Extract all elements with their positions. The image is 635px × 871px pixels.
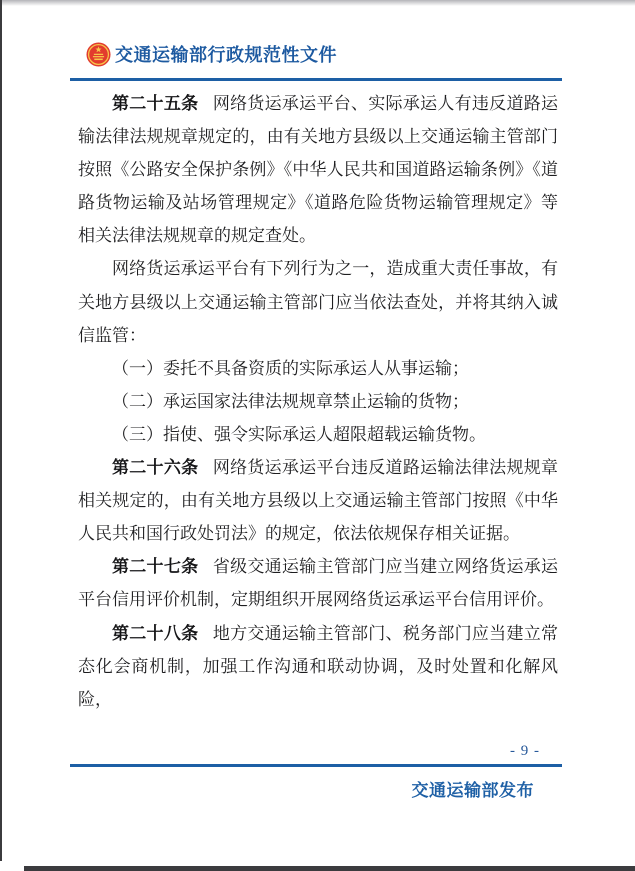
- list-item-3: （三）指使、强令实际承运人超限超载运输货物。: [78, 418, 558, 451]
- paragraph-text: 网络货运承运平台有下列行为之一，造成重大责任事故，有关地方县级以上交通运输主管部…: [78, 259, 558, 344]
- publisher-label: 交通运输部发布: [412, 780, 535, 801]
- article-number: 第二十七条: [112, 557, 198, 576]
- china-national-emblem-icon: [86, 42, 111, 67]
- paragraph-text: （三）指使、强令实际承运人超限超载运输货物。: [112, 425, 486, 444]
- list-item-2: （二）承运国家法律法规规章禁止运输的货物；: [78, 385, 558, 418]
- paragraph-text: （二）承运国家法律法规规章禁止运输的货物；: [112, 392, 469, 411]
- page-left-edge: [0, 0, 2, 861]
- paragraph-article-26: 第二十六条网络货运承运平台违反道路运输法律法规规章相关规定的，由有关地方县级以上…: [78, 451, 558, 550]
- footer-rule: [70, 764, 562, 767]
- list-item-1: （一）委托不具备资质的实际承运人从事运输；: [78, 352, 558, 385]
- article-number: 第二十五条: [112, 94, 198, 113]
- document-page: 交通运输部行政规范性文件 第二十五条网络货运承运平台、实际承运人有违反道路运输法…: [0, 0, 635, 871]
- paragraph-article-25-clause: 网络货运承运平台有下列行为之一，造成重大责任事故，有关地方县级以上交通运输主管部…: [78, 252, 558, 351]
- paragraph-text: 网络货运承运平台、实际承运人有违反道路运输法律法规规章规定的，由有关地方县级以上…: [78, 94, 558, 245]
- page-number: - 9 -: [488, 741, 562, 761]
- paragraph-article-28: 第二十八条地方交通运输主管部门、税务部门应当建立常态化会商机制，加强工作沟通和联…: [78, 617, 558, 716]
- page-top-edge: [0, 0, 635, 6]
- paragraph-text: （一）委托不具备资质的实际承运人从事运输；: [112, 359, 469, 378]
- article-number: 第二十八条: [112, 624, 198, 643]
- page-bottom-edge: [24, 866, 635, 871]
- article-number: 第二十六条: [112, 458, 198, 477]
- paragraph-article-27: 第二十七条省级交通运输主管部门应当建立网络货运承运平台信用评价机制，定期组织开展…: [78, 550, 558, 616]
- header-rule: [70, 78, 562, 81]
- document-body: 第二十五条网络货运承运平台、实际承运人有违反道路运输法律法规规章规定的，由有关地…: [78, 87, 558, 716]
- paragraph-article-25: 第二十五条网络货运承运平台、实际承运人有违反道路运输法律法规规章规定的，由有关地…: [78, 87, 558, 252]
- document-header-title: 交通运输部行政规范性文件: [115, 44, 337, 66]
